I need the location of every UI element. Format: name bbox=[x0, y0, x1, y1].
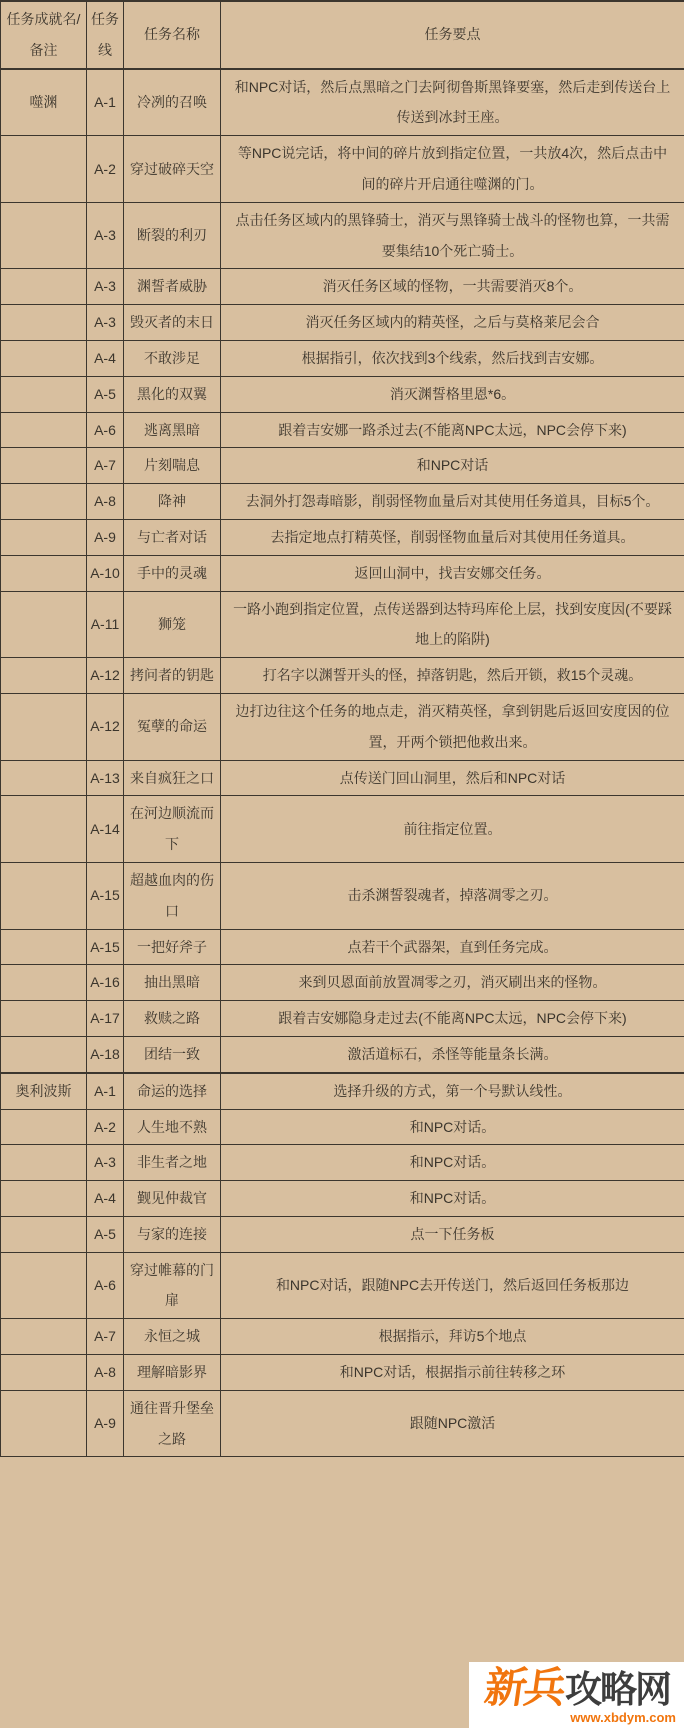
quest-name-cell: 穿过帷幕的门扉 bbox=[124, 1252, 221, 1319]
table-row: A-16抽出黑暗来到贝恩面前放置凋零之刃，消灭刷出来的怪物。 bbox=[1, 965, 684, 1001]
quest-line-cell: A-4 bbox=[87, 340, 124, 376]
achievement-cell bbox=[1, 519, 87, 555]
achievement-cell bbox=[1, 136, 87, 203]
quest-points-cell: 和NPC对话，跟随NPC去开传送门，然后返回任务板那边 bbox=[221, 1252, 684, 1319]
quest-table-body: 噬渊A-1冷冽的召唤和NPC对话，然后点黑暗之门去阿彻鲁斯黑锋要塞，然后走到传送… bbox=[1, 69, 684, 1457]
quest-line-cell: A-15 bbox=[87, 929, 124, 965]
quest-line-cell: A-7 bbox=[87, 1319, 124, 1355]
achievement-cell bbox=[1, 796, 87, 863]
quest-line-cell: A-6 bbox=[87, 412, 124, 448]
quest-points-cell: 消灭任务区域内的精英怪，之后与莫格莱尼会合 bbox=[221, 305, 684, 341]
table-row: A-15一把好斧子点若干个武器架，直到任务完成。 bbox=[1, 929, 684, 965]
quest-points-cell: 和NPC对话，然后点黑暗之门去阿彻鲁斯黑锋要塞，然后走到传送台上传送到冰封王座。 bbox=[221, 69, 684, 136]
quest-points-cell: 去指定地点打精英怪，削弱怪物血量后对其使用任务道具。 bbox=[221, 519, 684, 555]
quest-line-cell: A-9 bbox=[87, 519, 124, 555]
achievement-cell bbox=[1, 555, 87, 591]
table-row: A-2穿过破碎天空等NPC说完话，将中间的碎片放到指定位置，一共放4次，然后点击… bbox=[1, 136, 684, 203]
table-row: A-4觐见仲裁官和NPC对话。 bbox=[1, 1181, 684, 1217]
quest-name-cell: 通往晋升堡垒之路 bbox=[124, 1390, 221, 1457]
quest-points-cell: 等NPC说完话，将中间的碎片放到指定位置，一共放4次，然后点击中间的碎片开启通往… bbox=[221, 136, 684, 203]
quest-name-cell: 理解暗影界 bbox=[124, 1355, 221, 1391]
achievement-cell bbox=[1, 1390, 87, 1457]
watermark-brand: 新兵 攻略网 bbox=[477, 1667, 678, 1709]
quest-points-cell: 打名字以渊誓开头的怪，掉落钥匙，然后开锁，救15个灵魂。 bbox=[221, 658, 684, 694]
header-achievement-note: 任务成就名/备注 bbox=[1, 1, 87, 69]
watermark-brand-secondary: 攻略网 bbox=[565, 1671, 670, 1708]
quest-line-cell: A-18 bbox=[87, 1036, 124, 1072]
quest-line-cell: A-7 bbox=[87, 448, 124, 484]
table-row: A-17救赎之路跟着吉安娜隐身走过去(不能离NPC太远，NPC会停下来) bbox=[1, 1001, 684, 1037]
table-row: A-7片刻喘息和NPC对话 bbox=[1, 448, 684, 484]
achievement-cell bbox=[1, 1036, 87, 1072]
achievement-cell bbox=[1, 269, 87, 305]
quest-line-cell: A-11 bbox=[87, 591, 124, 658]
quest-line-cell: A-13 bbox=[87, 760, 124, 796]
quest-line-cell: A-8 bbox=[87, 1355, 124, 1391]
quest-points-cell: 跟随NPC激活 bbox=[221, 1390, 684, 1457]
quest-points-cell: 根据指引，依次找到3个线索，然后找到吉安娜。 bbox=[221, 340, 684, 376]
table-row: 奥利波斯A-1命运的选择选择升级的方式，第一个号默认线性。 bbox=[1, 1073, 684, 1109]
table-row: A-12拷问者的钥匙打名字以渊誓开头的怪，掉落钥匙，然后开锁，救15个灵魂。 bbox=[1, 658, 684, 694]
quest-points-cell: 边打边往这个任务的地点走，消灭精英怪，拿到钥匙后返回安度因的位置，开两个锁把他救… bbox=[221, 693, 684, 760]
achievement-cell bbox=[1, 760, 87, 796]
quest-name-cell: 降神 bbox=[124, 484, 221, 520]
achievement-cell bbox=[1, 1319, 87, 1355]
quest-name-cell: 黑化的双翼 bbox=[124, 376, 221, 412]
quest-name-cell: 毁灭者的末日 bbox=[124, 305, 221, 341]
quest-name-cell: 救赎之路 bbox=[124, 1001, 221, 1037]
quest-name-cell: 拷问者的钥匙 bbox=[124, 658, 221, 694]
quest-points-cell: 前往指定位置。 bbox=[221, 796, 684, 863]
quest-line-cell: A-12 bbox=[87, 658, 124, 694]
table-row: A-8理解暗影界和NPC对话，根据指示前往转移之环 bbox=[1, 1355, 684, 1391]
quest-points-cell: 跟着吉安娜隐身走过去(不能离NPC太远，NPC会停下来) bbox=[221, 1001, 684, 1037]
quest-name-cell: 抽出黑暗 bbox=[124, 965, 221, 1001]
achievement-cell bbox=[1, 1145, 87, 1181]
achievement-cell bbox=[1, 1001, 87, 1037]
quest-name-cell: 冤孽的命运 bbox=[124, 693, 221, 760]
quest-name-cell: 来自疯狂之口 bbox=[124, 760, 221, 796]
quest-points-cell: 根据指示，拜访5个地点 bbox=[221, 1319, 684, 1355]
quest-line-cell: A-3 bbox=[87, 269, 124, 305]
quest-points-cell: 和NPC对话。 bbox=[221, 1145, 684, 1181]
header-quest-line: 任务线 bbox=[87, 1, 124, 69]
quest-points-cell: 返回山洞中，找吉安娜交任务。 bbox=[221, 555, 684, 591]
achievement-cell bbox=[1, 693, 87, 760]
achievement-cell: 奥利波斯 bbox=[1, 1073, 87, 1109]
quest-line-cell: A-15 bbox=[87, 862, 124, 929]
quest-points-cell: 去洞外打怨毒暗影，削弱怪物血量后对其使用任务道具，目标5个。 bbox=[221, 484, 684, 520]
header-quest-name: 任务名称 bbox=[124, 1, 221, 69]
achievement-cell bbox=[1, 929, 87, 965]
achievement-cell bbox=[1, 1252, 87, 1319]
table-row: A-9与亡者对话去指定地点打精英怪，削弱怪物血量后对其使用任务道具。 bbox=[1, 519, 684, 555]
quest-points-cell: 一路小跑到指定位置，点传送器到达特玛库伦上层，找到安度因(不要踩地上的陷阱) bbox=[221, 591, 684, 658]
quest-line-cell: A-3 bbox=[87, 1145, 124, 1181]
quest-points-cell: 和NPC对话。 bbox=[221, 1109, 684, 1145]
table-row: A-12冤孽的命运边打边往这个任务的地点走，消灭精英怪，拿到钥匙后返回安度因的位… bbox=[1, 693, 684, 760]
header-quest-points: 任务要点 bbox=[221, 1, 684, 69]
quest-name-cell: 非生者之地 bbox=[124, 1145, 221, 1181]
achievement-cell bbox=[1, 1109, 87, 1145]
table-header-row: 任务成就名/备注 任务线 任务名称 任务要点 bbox=[1, 1, 684, 69]
table-header-row: 任务成就名/备注 任务线 任务名称 任务要点 bbox=[1, 1, 684, 69]
achievement-cell bbox=[1, 340, 87, 376]
quest-line-cell: A-12 bbox=[87, 693, 124, 760]
quest-name-cell: 永恒之城 bbox=[124, 1319, 221, 1355]
table-row: A-9通往晋升堡垒之路跟随NPC激活 bbox=[1, 1390, 684, 1457]
quest-line-cell: A-1 bbox=[87, 69, 124, 136]
quest-name-cell: 逃离黑暗 bbox=[124, 412, 221, 448]
table-row: A-10手中的灵魂返回山洞中，找吉安娜交任务。 bbox=[1, 555, 684, 591]
table-row: A-15超越血肉的伤口击杀渊誓裂魂者，掉落凋零之刃。 bbox=[1, 862, 684, 929]
achievement-cell bbox=[1, 412, 87, 448]
quest-line-cell: A-9 bbox=[87, 1390, 124, 1457]
table-row: A-3渊誓者威胁消灭任务区域的怪物，一共需要消灭8个。 bbox=[1, 269, 684, 305]
table-row: A-6穿过帷幕的门扉和NPC对话，跟随NPC去开传送门，然后返回任务板那边 bbox=[1, 1252, 684, 1319]
quest-guide-table: 任务成就名/备注 任务线 任务名称 任务要点 噬渊A-1冷冽的召唤和NPC对话，… bbox=[0, 0, 684, 1457]
achievement-cell bbox=[1, 1181, 87, 1217]
achievement-cell bbox=[1, 305, 87, 341]
achievement-cell bbox=[1, 591, 87, 658]
achievement-cell bbox=[1, 1216, 87, 1252]
quest-line-cell: A-2 bbox=[87, 1109, 124, 1145]
achievement-cell bbox=[1, 448, 87, 484]
quest-line-cell: A-16 bbox=[87, 965, 124, 1001]
quest-line-cell: A-5 bbox=[87, 1216, 124, 1252]
quest-name-cell: 与家的连接 bbox=[124, 1216, 221, 1252]
quest-points-cell: 消灭渊誓格里恩*6。 bbox=[221, 376, 684, 412]
quest-points-cell: 来到贝恩面前放置凋零之刃，消灭刷出来的怪物。 bbox=[221, 965, 684, 1001]
quest-points-cell: 和NPC对话。 bbox=[221, 1181, 684, 1217]
table-row: A-8降神去洞外打怨毒暗影，削弱怪物血量后对其使用任务道具，目标5个。 bbox=[1, 484, 684, 520]
achievement-cell bbox=[1, 862, 87, 929]
table-row: A-5黑化的双翼消灭渊誓格里恩*6。 bbox=[1, 376, 684, 412]
quest-name-cell: 渊誓者威胁 bbox=[124, 269, 221, 305]
quest-line-cell: A-8 bbox=[87, 484, 124, 520]
table-row: A-11狮笼一路小跑到指定位置，点传送器到达特玛库伦上层，找到安度因(不要踩地上… bbox=[1, 591, 684, 658]
quest-name-cell: 在河边顺流而下 bbox=[124, 796, 221, 863]
quest-name-cell: 一把好斧子 bbox=[124, 929, 221, 965]
quest-points-cell: 跟着吉安娜一路杀过去(不能离NPC太远，NPC会停下来) bbox=[221, 412, 684, 448]
quest-name-cell: 超越血肉的伤口 bbox=[124, 862, 221, 929]
watermark-logo: 新兵 攻略网 www.xbdym.com bbox=[469, 1662, 684, 1728]
quest-name-cell: 团结一致 bbox=[124, 1036, 221, 1072]
quest-name-cell: 命运的选择 bbox=[124, 1073, 221, 1109]
quest-points-cell: 点一下任务板 bbox=[221, 1216, 684, 1252]
quest-name-cell: 手中的灵魂 bbox=[124, 555, 221, 591]
achievement-cell bbox=[1, 658, 87, 694]
achievement-cell bbox=[1, 484, 87, 520]
quest-line-cell: A-2 bbox=[87, 136, 124, 203]
achievement-cell bbox=[1, 1355, 87, 1391]
table-row: A-6逃离黑暗跟着吉安娜一路杀过去(不能离NPC太远，NPC会停下来) bbox=[1, 412, 684, 448]
achievement-cell bbox=[1, 965, 87, 1001]
quest-line-cell: A-17 bbox=[87, 1001, 124, 1037]
table-row: A-13来自疯狂之口点传送门回山洞里，然后和NPC对话 bbox=[1, 760, 684, 796]
achievement-cell: 噬渊 bbox=[1, 69, 87, 136]
achievement-cell bbox=[1, 202, 87, 269]
quest-line-cell: A-5 bbox=[87, 376, 124, 412]
watermark-brand-primary: 新兵 bbox=[482, 1667, 566, 1709]
achievement-cell bbox=[1, 376, 87, 412]
table-row: A-3非生者之地和NPC对话。 bbox=[1, 1145, 684, 1181]
table-row: A-4不敢涉足根据指引，依次找到3个线索，然后找到吉安娜。 bbox=[1, 340, 684, 376]
table-row: A-3毁灭者的末日消灭任务区域内的精英怪，之后与莫格莱尼会合 bbox=[1, 305, 684, 341]
quest-points-cell: 和NPC对话 bbox=[221, 448, 684, 484]
quest-points-cell: 击杀渊誓裂魂者，掉落凋零之刃。 bbox=[221, 862, 684, 929]
quest-points-cell: 选择升级的方式，第一个号默认线性。 bbox=[221, 1073, 684, 1109]
quest-name-cell: 断裂的利刃 bbox=[124, 202, 221, 269]
table-row: 噬渊A-1冷冽的召唤和NPC对话，然后点黑暗之门去阿彻鲁斯黑锋要塞，然后走到传送… bbox=[1, 69, 684, 136]
table-row: A-3断裂的利刃点击任务区域内的黑锋骑士，消灭与黑锋骑士战斗的怪物也算，一共需要… bbox=[1, 202, 684, 269]
quest-line-cell: A-6 bbox=[87, 1252, 124, 1319]
table-row: A-2人生地不熟和NPC对话。 bbox=[1, 1109, 684, 1145]
quest-name-cell: 狮笼 bbox=[124, 591, 221, 658]
table-row: A-7永恒之城根据指示，拜访5个地点 bbox=[1, 1319, 684, 1355]
quest-name-cell: 与亡者对话 bbox=[124, 519, 221, 555]
quest-name-cell: 不敢涉足 bbox=[124, 340, 221, 376]
quest-name-cell: 人生地不熟 bbox=[124, 1109, 221, 1145]
table-row: A-5与家的连接点一下任务板 bbox=[1, 1216, 684, 1252]
quest-name-cell: 穿过破碎天空 bbox=[124, 136, 221, 203]
table-row: A-14在河边顺流而下前往指定位置。 bbox=[1, 796, 684, 863]
quest-points-cell: 点若干个武器架，直到任务完成。 bbox=[221, 929, 684, 965]
quest-line-cell: A-10 bbox=[87, 555, 124, 591]
quest-line-cell: A-3 bbox=[87, 305, 124, 341]
quest-line-cell: A-14 bbox=[87, 796, 124, 863]
quest-points-cell: 和NPC对话，根据指示前往转移之环 bbox=[221, 1355, 684, 1391]
quest-line-cell: A-3 bbox=[87, 202, 124, 269]
quest-line-cell: A-4 bbox=[87, 1181, 124, 1217]
quest-points-cell: 点击任务区域内的黑锋骑士，消灭与黑锋骑士战斗的怪物也算，一共需要集结10个死亡骑… bbox=[221, 202, 684, 269]
quest-points-cell: 消灭任务区域的怪物，一共需要消灭8个。 bbox=[221, 269, 684, 305]
quest-points-cell: 点传送门回山洞里，然后和NPC对话 bbox=[221, 760, 684, 796]
quest-name-cell: 觐见仲裁官 bbox=[124, 1181, 221, 1217]
quest-name-cell: 冷冽的召唤 bbox=[124, 69, 221, 136]
quest-name-cell: 片刻喘息 bbox=[124, 448, 221, 484]
watermark-url: www.xbdym.com bbox=[477, 1711, 678, 1724]
quest-line-cell: A-1 bbox=[87, 1073, 124, 1109]
quest-points-cell: 激活道标石，杀怪等能量条长满。 bbox=[221, 1036, 684, 1072]
table-row: A-18团结一致激活道标石，杀怪等能量条长满。 bbox=[1, 1036, 684, 1072]
